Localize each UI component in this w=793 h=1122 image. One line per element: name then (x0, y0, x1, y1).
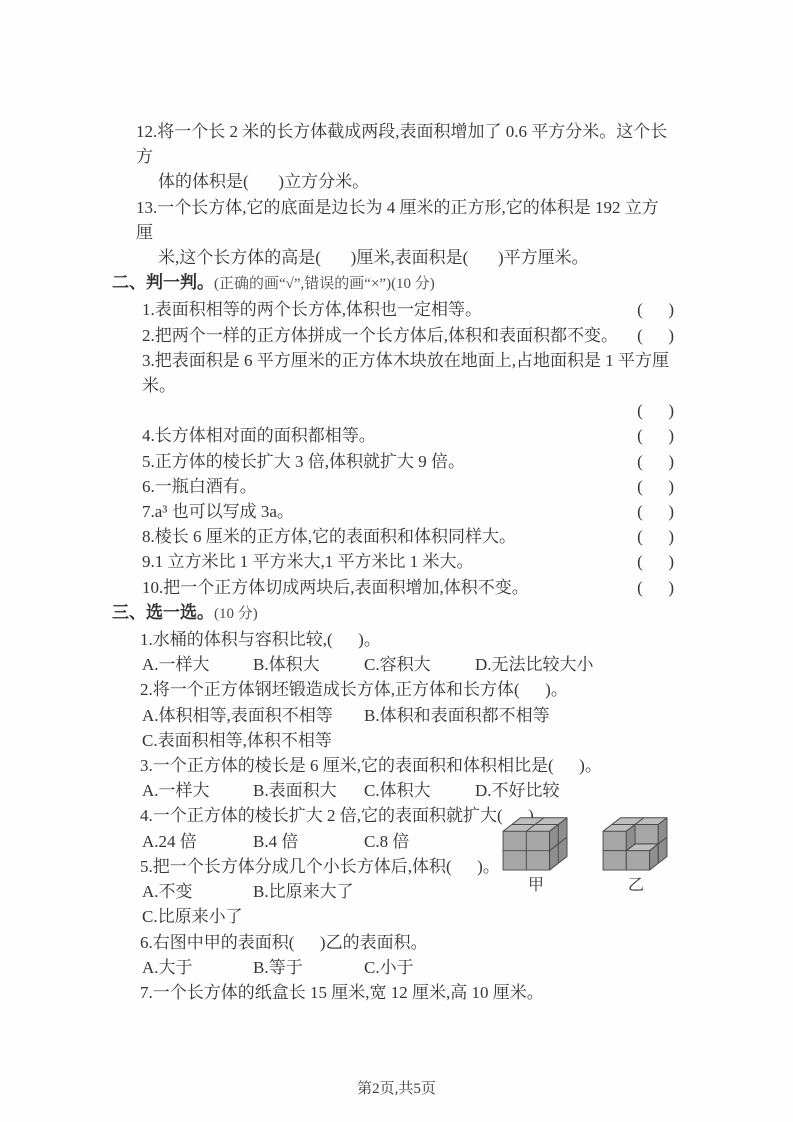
judge-item-text: 1.表面积相等的两个长方体,体积也一定相等。 (142, 297, 482, 322)
answer-bracket: ( ) (637, 398, 674, 423)
choose-question-6-options: A.大于B.等于C.小于 (112, 955, 674, 980)
option-c: C.小于 (364, 955, 414, 980)
answer-bracket: ( ) (637, 474, 674, 499)
option-d: D.不好比较 (475, 778, 560, 803)
answer-bracket: ( ) (637, 575, 674, 600)
option-a: A.一样大 (142, 778, 253, 803)
judge-item-1: 1.表面积相等的两个长方体,体积也一定相等。 ( ) (112, 297, 674, 322)
section-choose-header: 三、选一选。(10 分) (112, 600, 674, 627)
judge-item-text: 7.a³ 也可以写成 3a。 (142, 499, 294, 524)
judge-item-4: 4.长方体相对面的面积都相等。 ( ) (112, 423, 674, 448)
page-footer: 第2页,共5页 (0, 1077, 793, 1102)
answer-bracket: ( ) (637, 549, 674, 574)
fill-question-13-line2: 米,这个长方体的高是( )厘米,表面积是( )平方厘米。 (112, 245, 674, 270)
judge-item-3-bracket-row: ( ) (112, 398, 674, 423)
section-judge-header: 二、判一判。(正确的画“√”,错误的画“×”)(10 分) (112, 270, 674, 297)
choose-question-1-options: A.一样大B.体积大C.容积大D.无法比较大小 (112, 652, 674, 677)
judge-item-text: 4.长方体相对面的面积都相等。 (142, 423, 376, 448)
section-choose-note: (10 分) (214, 606, 258, 622)
cube-yi-block: 乙 (597, 810, 675, 898)
answer-bracket: ( ) (637, 423, 674, 448)
cube-jia-image (497, 810, 575, 872)
option-a: A.体积相等,表面积不相等 (142, 703, 364, 728)
choose-question-3-options: A.一样大B.表面积大C.体积大D.不好比较 (112, 778, 674, 803)
section-judge-title: 二、判一判。 (112, 273, 214, 292)
option-a: A.24 倍 (142, 829, 253, 854)
choose-question-7: 7.一个长方体的纸盒长 15 厘米,宽 12 厘米,高 10 厘米。 (112, 980, 674, 1005)
section-judge-note: (正确的画“√”,错误的画“×”)(10 分) (214, 276, 435, 292)
option-c: C.8 倍 (364, 829, 409, 854)
option-b: B.体积大 (253, 652, 364, 677)
choose-question-1: 1.水桶的体积与容积比较,( )。 (112, 627, 674, 652)
option-d: D.无法比较大小 (475, 652, 594, 677)
answer-bracket: ( ) (637, 449, 674, 474)
judge-item-8: 8.棱长 6 厘米的正方体,它的表面积和体积同样大。 ( ) (112, 524, 674, 549)
choose-question-2-options-row1: A.体积相等,表面积不相等B.体积和表面积都不相等 (112, 703, 674, 728)
judge-item-7: 7.a³ 也可以写成 3a。 ( ) (112, 499, 674, 524)
cube-yi-label: 乙 (597, 873, 675, 898)
choose-question-2-options-row2: C.表面积相等,体积不相等 (112, 728, 674, 753)
option-c: C.比原来小了 (142, 904, 243, 929)
judge-item-text: 2.把两个一样的正方体拼成一个长方体后,体积和表面积都不变。 (142, 323, 618, 348)
fill-question-12-line2: 体的体积是( )立方分米。 (112, 169, 674, 194)
option-a: A.不变 (142, 879, 253, 904)
option-c: C.表面积相等,体积不相等 (142, 728, 332, 753)
answer-bracket: ( ) (637, 297, 674, 322)
cube-jia-label: 甲 (497, 873, 575, 898)
option-a: A.一样大 (142, 652, 253, 677)
option-c: C.体积大 (364, 778, 475, 803)
section-choose-title: 三、选一选。 (112, 603, 214, 622)
cube-jia-block: 甲 (497, 810, 575, 898)
judge-item-text: 5.正方体的棱长扩大 3 倍,体积就扩大 9 倍。 (142, 449, 465, 474)
judge-item-text: 9.1 立方米比 1 平方米大,1 平方米比 1 米大。 (142, 549, 474, 574)
exam-page: 12.将一个长 2 米的长方体截成两段,表面积增加了 0.6 平方分米。这个长方… (0, 0, 793, 1122)
option-c: C.容积大 (364, 652, 475, 677)
cube-figure: 甲 乙 (497, 810, 687, 898)
judge-item-text: 8.棱长 6 厘米的正方体,它的表面积和体积同样大。 (142, 524, 516, 549)
judge-item-5: 5.正方体的棱长扩大 3 倍,体积就扩大 9 倍。 ( ) (112, 449, 674, 474)
judge-item-2: 2.把两个一样的正方体拼成一个长方体后,体积和表面积都不变。 ( ) (112, 323, 674, 348)
judge-item-6: 6.一瓶白酒有。 ( ) (112, 474, 674, 499)
judge-item-text: 6.一瓶白酒有。 (142, 474, 257, 499)
answer-bracket: ( ) (637, 323, 674, 348)
judge-item-10: 10.把一个正方体切成两块后,表面积增加,体积不变。 ( ) (112, 575, 674, 600)
option-b: B.等于 (253, 955, 364, 980)
judge-item-text: 10.把一个正方体切成两块后,表面积增加,体积不变。 (142, 575, 529, 600)
choose-question-6: 6.右图中甲的表面积( )乙的表面积。 (112, 930, 674, 955)
fill-question-12-line1: 12.将一个长 2 米的长方体截成两段,表面积增加了 0.6 平方分米。这个长方 (112, 119, 674, 169)
judge-item-9: 9.1 立方米比 1 平方米大,1 平方米比 1 米大。 ( ) (112, 549, 674, 574)
answer-bracket: ( ) (637, 499, 674, 524)
choose-question-3: 3.一个正方体的棱长是 6 厘米,它的表面积和体积相比是( )。 (112, 753, 674, 778)
option-a: A.大于 (142, 955, 253, 980)
answer-bracket: ( ) (637, 524, 674, 549)
option-b: B.表面积大 (253, 778, 364, 803)
option-b: B.4 倍 (253, 829, 364, 854)
choose-question-5-options-row2: C.比原来小了 (112, 904, 674, 929)
cube-yi-image (597, 810, 675, 872)
choose-question-2: 2.将一个正方体钢坯锻造成长方体,正方体和长方体( )。 (112, 677, 674, 702)
judge-item-3: 3.把表面积是 6 平方厘米的正方体木块放在地面上,占地面积是 1 平方厘米。 (112, 348, 674, 398)
option-b: B.体积和表面积都不相等 (364, 703, 550, 728)
fill-question-13-line1: 13.一个长方体,它的底面是边长为 4 厘米的正方形,它的体积是 192 立方厘 (112, 195, 674, 245)
option-b: B.比原来大了 (253, 879, 354, 904)
